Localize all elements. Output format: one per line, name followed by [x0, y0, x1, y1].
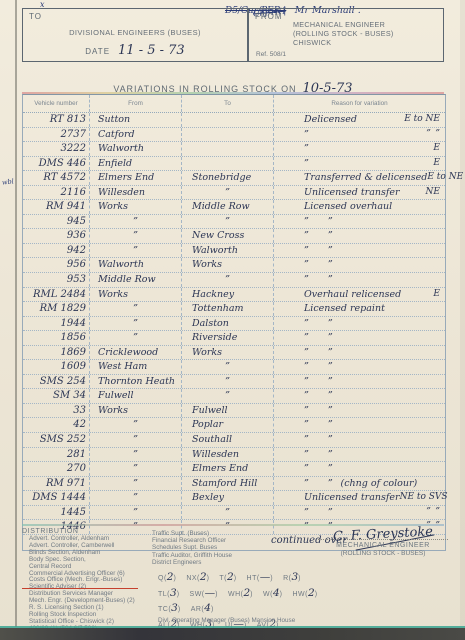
scan-dark-edge-band	[0, 628, 465, 640]
garage-code-quantity: 4	[273, 587, 280, 599]
from-cell: ”	[89, 229, 181, 243]
table-header-row: Vehicle number From To Reason for variat…	[23, 95, 445, 113]
from-cell: ”	[89, 433, 181, 447]
from-cell: Cricklewood	[89, 346, 181, 360]
vehicle-number: SMS 254	[23, 375, 89, 389]
variation-code	[440, 273, 445, 287]
reason-cell: Transferred & delicensedE to NE	[273, 171, 465, 185]
reason-text: ” ”	[274, 244, 333, 258]
garage-code-paren: )	[270, 575, 273, 582]
variation-code: E to NE	[427, 171, 465, 185]
from-cell: ”	[89, 244, 181, 258]
variations-table: Vehicle number From To Reason for variat…	[22, 94, 446, 551]
reason-text: ” ”	[274, 215, 333, 229]
to-cell: Bexley	[181, 491, 273, 505]
garage-code-quantity: 2	[308, 587, 315, 599]
col-header-from: From	[89, 95, 181, 112]
from-cell: ”	[89, 506, 181, 520]
from-cell: Walworth	[89, 142, 181, 156]
variation-code	[440, 346, 445, 360]
reason-text: Transferred & delicensed	[274, 171, 427, 185]
from-cell: Willesden	[89, 186, 181, 200]
to-cell: Poplar	[181, 418, 273, 432]
from-line-1: MECHANICAL ENGINEER	[293, 20, 394, 29]
to-cell: Willesden	[181, 448, 273, 462]
to-cell: ”	[181, 506, 273, 520]
distribution-item-right: Schedules Supt. Buses	[152, 544, 232, 551]
to-cell: Southall	[181, 433, 273, 447]
scan-artifact-line-bottom	[22, 524, 444, 526]
table-row: 945””” ”	[23, 215, 445, 230]
reason-text: Licensed repaint	[274, 302, 385, 316]
garage-code-paren: )	[173, 575, 176, 582]
reason-cell: ” ”	[273, 317, 445, 331]
to-cell: Works	[181, 258, 273, 272]
garage-code-item: T(2)	[219, 567, 236, 584]
to-cell: New Cross	[181, 229, 273, 243]
variation-code: NE to SVS	[400, 491, 453, 505]
reason-cell: Unlicensed transferNE	[273, 186, 445, 200]
to-cell: Riverside	[181, 331, 273, 345]
from-cell: Middle Row	[89, 273, 181, 287]
variation-code: ” ”	[426, 506, 445, 520]
reason-text: ” ”	[274, 346, 333, 360]
vehicle-number: 942	[23, 244, 89, 258]
reference-number: Ref. 508/1	[256, 51, 286, 58]
reason-cell: ”E	[273, 142, 445, 156]
variation-code: E	[433, 157, 445, 171]
reason-cell: ”E	[273, 157, 445, 171]
to-cell: Stamford Hill	[181, 477, 273, 491]
to-cell: ”	[181, 360, 273, 374]
table-row: SMS 254Thornton Heath”” ”	[23, 375, 445, 390]
garage-code-letter: TL(	[158, 591, 170, 598]
table-row: 953Middle Row”” ”	[23, 273, 445, 288]
garage-code-paren: )	[315, 591, 318, 598]
variation-code	[440, 200, 445, 214]
garage-code-letter: HT(	[247, 575, 260, 582]
from-cell: ”	[89, 302, 181, 316]
garage-code-letter: SW(	[190, 591, 205, 598]
garage-code-letter: WH(	[228, 591, 244, 598]
garage-code-quantity: 2	[200, 571, 207, 583]
garage-code-item: HT(—)	[247, 567, 274, 584]
vehicle-number: 936	[23, 229, 89, 243]
variation-code: E	[433, 142, 445, 156]
garage-code-item: WH(2)	[228, 583, 253, 600]
vehicle-number: 1856	[23, 331, 89, 345]
from-cell: Sutton	[89, 113, 181, 127]
reason-text: ” ”	[274, 273, 333, 287]
reason-cell: ” ”	[273, 404, 445, 418]
reason-cell: ” ” (chng of colour)	[273, 477, 445, 491]
variation-code	[440, 462, 445, 476]
reason-text: ” ” (chng of colour)	[274, 477, 417, 491]
garage-code-paren: )	[215, 591, 218, 598]
garage-code-item: Q(2)	[158, 567, 176, 584]
vehicle-number: 1445	[23, 506, 89, 520]
vehicle-number: 1869	[23, 346, 89, 360]
reason-text: ” ”	[274, 331, 333, 345]
garage-code-line: Q(2)NX(2)T(2)HT(—)R(3)	[158, 567, 328, 583]
table-row: 2737Catford”” ”	[23, 128, 445, 143]
table-row: SMS 252”Southall” ”	[23, 433, 445, 448]
vehicle-number: 3222	[23, 142, 89, 156]
garage-code-item: HW(2)	[293, 583, 318, 600]
handwritten-date: 11 - 5 - 73	[118, 43, 185, 58]
reason-text: ”	[274, 142, 309, 156]
to-box: TO DIVISIONAL ENGINEERS (BUSES) DATE11 -…	[22, 8, 248, 62]
from-cell: ”	[89, 418, 181, 432]
signature-title-2: (ROLLING STOCK - BUSES)	[318, 550, 448, 557]
reason-cell: ” ”	[273, 215, 445, 229]
table-row: 3222Walworth”E	[23, 142, 445, 157]
from-cell: ”	[89, 477, 181, 491]
from-cell: ”	[89, 448, 181, 462]
reason-text: Delicensed	[274, 113, 357, 127]
from-cell: Fulwell	[89, 389, 181, 403]
from-cell: Catford	[89, 128, 181, 142]
from-cell: ”	[89, 215, 181, 229]
variation-code: NE	[426, 186, 445, 200]
reason-cell: ” ”	[273, 360, 445, 374]
variation-code	[440, 418, 445, 432]
reason-text: ” ”	[274, 506, 333, 520]
vehicle-number: 33	[23, 404, 89, 418]
reason-text: ” ”	[274, 258, 333, 272]
garage-code-letter: AR(	[191, 606, 205, 613]
to-cell: ”	[181, 375, 273, 389]
table-row: 270”Elmers End” ”	[23, 462, 445, 477]
garage-code-quantity: —	[260, 571, 271, 583]
table-row: 42”Poplar” ”	[23, 418, 445, 433]
divisional-operating-manager-line: Divl. Operating Manager (Buses) Mansion …	[158, 617, 295, 624]
to-cell: ”	[181, 389, 273, 403]
reason-cell: ” ”	[273, 418, 445, 432]
from-cell: ”	[89, 491, 181, 505]
date-label: DATE	[85, 47, 110, 56]
garage-code-item: R(3)	[283, 567, 301, 584]
reason-cell: Licensed overhaul	[273, 200, 445, 214]
reason-text: ” ”	[274, 433, 333, 447]
variation-code: E to NE	[404, 113, 445, 127]
table-row: RT 813SuttonDelicensedE to NE	[23, 113, 445, 128]
variation-code	[440, 375, 445, 389]
to-cell	[181, 128, 273, 142]
table-row: 33WorksFulwell” ”	[23, 404, 445, 419]
table-row: SM 34Fulwell”” ”	[23, 389, 445, 404]
garage-code-line: TC(3)AR(4)	[158, 598, 328, 614]
vehicle-number: DMS 446	[23, 157, 89, 171]
reason-cell: Overhaul relicensedE	[273, 288, 445, 302]
vehicle-number: 1609	[23, 360, 89, 374]
scanned-memo-page: x D5/Cur/PER | Mr Marshall . Chf/HH TO D…	[0, 0, 465, 640]
vehicle-number: 1944	[23, 317, 89, 331]
reason-text: Overhaul relicensed	[274, 288, 401, 302]
table-row: 1944”Dalston” ”	[23, 317, 445, 332]
table-body: RT 813SuttonDelicensedE to NE2737Catford…	[23, 113, 445, 535]
col-header-reason: Reason for variation	[273, 95, 445, 112]
garage-code-item: TC(3)	[158, 598, 181, 615]
margin-pen-note: wbl	[2, 177, 15, 186]
distribution-item-right: Traffic Supt. (Buses)	[152, 530, 232, 537]
table-row: RM 1829”TottenhamLicensed repaint	[23, 302, 445, 317]
to-cell: Dalston	[181, 317, 273, 331]
page-edge-left	[15, 0, 17, 627]
vehicle-number: 2116	[23, 186, 89, 200]
reason-cell: ” ”	[273, 244, 445, 258]
col-header-vehicle-number: Vehicle number	[23, 95, 89, 112]
vehicle-number: RT 813	[23, 113, 89, 127]
reason-text: ”	[274, 128, 309, 142]
to-label: TO	[29, 12, 42, 21]
garage-code-quantity: 4	[204, 602, 211, 614]
variation-code	[440, 404, 445, 418]
page-edge-right	[460, 0, 465, 627]
garage-code-paren: )	[178, 606, 181, 613]
table-row: RM 971”Stamford Hill” ” (chng of colour)	[23, 477, 445, 492]
table-row: 281”Willesden” ”	[23, 448, 445, 463]
reason-text: Unlicensed transfer	[274, 491, 400, 505]
garage-code-paren: )	[211, 606, 214, 613]
to-cell: Stonebridge	[181, 171, 273, 185]
garage-code-quantity: 2	[227, 571, 234, 583]
reason-text: ” ”	[274, 462, 333, 476]
reason-text: ” ”	[274, 229, 333, 243]
reason-cell: ” ”	[273, 258, 445, 272]
reason-text: Licensed overhaul	[274, 200, 392, 214]
vehicle-number: 281	[23, 448, 89, 462]
garage-code-item: NX(2)	[186, 567, 209, 584]
date-line: DATE11 - 5 - 73	[23, 41, 247, 59]
garage-code-paren: )	[250, 591, 253, 598]
from-cell: ”	[89, 331, 181, 345]
variation-code	[440, 317, 445, 331]
reason-cell: Unlicensed transferNE to SVS	[273, 491, 453, 505]
from-line-2: (ROLLING STOCK - BUSES)	[293, 29, 394, 38]
garage-code-paren: )	[177, 591, 180, 598]
garage-code-letter: T(	[219, 575, 227, 582]
garage-code-letter: Q(	[158, 575, 167, 582]
garage-code-letter: TC(	[158, 606, 171, 613]
table-row: 1445””” ”” ”	[23, 506, 445, 521]
garage-code-letter: HW(	[293, 591, 309, 598]
distribution-item-right: Traffic Auditor, Griffith House	[152, 552, 232, 559]
from-cell: Works	[89, 200, 181, 214]
garage-code-quantity: 3	[170, 587, 177, 599]
garage-code-paren: )	[207, 575, 210, 582]
table-row: 1609West Ham”” ”	[23, 360, 445, 375]
from-cell: Enfield	[89, 157, 181, 171]
variation-code	[440, 331, 445, 345]
reason-cell: ” ”	[273, 389, 445, 403]
to-cell: Tottenham	[181, 302, 273, 316]
vehicle-number: RM 1829	[23, 302, 89, 316]
from-cell: Walworth	[89, 258, 181, 272]
garage-code-paren: )	[298, 575, 301, 582]
variation-code	[440, 433, 445, 447]
vehicle-number: DMS 1444	[23, 491, 89, 505]
table-row: DMS 446Enfield”E	[23, 157, 445, 172]
to-cell: Elmers End	[181, 462, 273, 476]
from-line-3: CHISWICK	[293, 38, 394, 47]
table-row: DMS 1444”BexleyUnlicensed transferNE to …	[23, 491, 445, 506]
variation-code: E	[433, 288, 445, 302]
reason-text: Unlicensed transfer	[274, 186, 400, 200]
reason-text: ” ”	[274, 404, 333, 418]
vehicle-number: 956	[23, 258, 89, 272]
col-header-to: To	[181, 95, 273, 112]
reason-text: ” ”	[274, 448, 333, 462]
vehicle-number: 945	[23, 215, 89, 229]
variation-code	[440, 448, 445, 462]
garage-code-item: W(4)	[263, 583, 282, 600]
from-label: FROM	[255, 12, 283, 21]
table-row: 2116Willesden”Unlicensed transferNE	[23, 186, 445, 201]
variation-code	[440, 360, 445, 374]
variation-code	[440, 244, 445, 258]
from-cell: Works	[89, 288, 181, 302]
variation-code	[440, 477, 445, 491]
to-cell: ”	[181, 215, 273, 229]
garage-code-paren: )	[280, 591, 283, 598]
reason-cell: ” ”	[273, 273, 445, 287]
reason-cell: ” ”	[273, 331, 445, 345]
vehicle-number: 2737	[23, 128, 89, 142]
address-header-box: TO DIVISIONAL ENGINEERS (BUSES) DATE11 -…	[22, 8, 444, 62]
variation-code	[440, 389, 445, 403]
reason-text: ” ”	[274, 317, 333, 331]
variation-code	[440, 258, 445, 272]
vehicle-number: RML 2484	[23, 288, 89, 302]
reason-cell: ” ”	[273, 433, 445, 447]
garage-code-quantity: —	[205, 587, 216, 599]
vehicle-number: SM 34	[23, 389, 89, 403]
garage-code-item: SW(—)	[190, 583, 218, 600]
to-cell: Hackney	[181, 288, 273, 302]
to-value: DIVISIONAL ENGINEERS (BUSES)	[23, 28, 247, 37]
table-row: 1869CricklewoodWorks” ”	[23, 346, 445, 361]
reason-text: ” ”	[274, 360, 333, 374]
reason-cell: ” ”	[273, 229, 445, 243]
garage-code-line: TL(3)SW(—)WH(2)W(4)HW(2)	[158, 583, 328, 599]
from-address: MECHANICAL ENGINEER (ROLLING STOCK - BUS…	[293, 20, 394, 47]
from-cell: Works	[89, 404, 181, 418]
to-cell: ”	[181, 186, 273, 200]
distribution-block: DISTRIBUTION Advert. Controller, Aldenha…	[22, 528, 156, 633]
reason-cell: ” ”	[273, 462, 445, 476]
table-row: RT 4572Elmers EndStonebridgeTransferred …	[23, 171, 445, 186]
from-cell: West Ham	[89, 360, 181, 374]
variation-code	[440, 302, 445, 316]
to-cell	[181, 113, 273, 127]
garage-code-paren: )	[234, 575, 237, 582]
table-row: RM 941WorksMiddle RowLicensed overhaul	[23, 200, 445, 215]
vehicle-number: 270	[23, 462, 89, 476]
vehicle-number: 42	[23, 418, 89, 432]
vehicle-number: SMS 252	[23, 433, 89, 447]
vehicle-number: 953	[23, 273, 89, 287]
table-row: 956WalworthWorks” ”	[23, 258, 445, 273]
from-cell: ”	[89, 317, 181, 331]
from-box: FROM MECHANICAL ENGINEER (ROLLING STOCK …	[248, 8, 444, 62]
distribution-list: Advert. Controller, AldenhamAdvert. Cont…	[22, 536, 156, 633]
reason-cell: ” ”” ”	[273, 506, 445, 520]
to-cell: ”	[181, 273, 273, 287]
variation-code	[440, 229, 445, 243]
to-cell: Works	[181, 346, 273, 360]
reason-cell: DelicensedE to NE	[273, 113, 445, 127]
reason-cell: ” ”	[273, 346, 445, 360]
garage-code-letter: NX(	[186, 575, 200, 582]
garage-code-item: TL(3)	[158, 583, 180, 600]
from-cell: Elmers End	[89, 171, 181, 185]
to-cell: Fulwell	[181, 404, 273, 418]
reason-cell: ”” ”	[273, 128, 445, 142]
table-row: 936”New Cross” ”	[23, 229, 445, 244]
from-cell: Thornton Heath	[89, 375, 181, 389]
vehicle-number: RM 941	[23, 200, 89, 214]
vehicle-number: RM 971	[23, 477, 89, 491]
vehicle-number: RT 4572	[23, 171, 89, 185]
reason-cell: ” ”	[273, 375, 445, 389]
distribution-list-right: Traffic Supt. (Buses)Financial Research …	[152, 530, 232, 566]
garage-code-quantity: 3	[171, 602, 178, 614]
distribution-item-right: District Engineers	[152, 559, 232, 566]
reason-text: ” ”	[274, 418, 333, 432]
table-row: RML 2484WorksHackneyOverhaul relicensedE	[23, 288, 445, 303]
distribution-item-right: Financial Research Officer	[152, 537, 232, 544]
reason-text: ” ”	[274, 375, 333, 389]
variation-code: ” ”	[426, 128, 445, 142]
to-cell	[181, 157, 273, 171]
distribution-title: DISTRIBUTION	[22, 528, 156, 535]
garage-code-letter: W(	[263, 591, 273, 598]
reason-cell: ” ”	[273, 448, 445, 462]
signature-block: C. F. Greystoke MECHANICAL ENGINEER (ROL…	[318, 527, 448, 557]
garage-code-item: AR(4)	[191, 598, 214, 615]
from-cell: ”	[89, 462, 181, 476]
to-cell: Walworth	[181, 244, 273, 258]
to-cell	[181, 142, 273, 156]
reason-cell: Licensed repaint	[273, 302, 445, 316]
table-row: 1856”Riverside” ”	[23, 331, 445, 346]
reason-text: ”	[274, 157, 309, 171]
variation-code	[440, 215, 445, 229]
reason-text: ” ”	[274, 389, 333, 403]
to-cell: Middle Row	[181, 200, 273, 214]
table-row: 942”Walworth” ”	[23, 244, 445, 259]
